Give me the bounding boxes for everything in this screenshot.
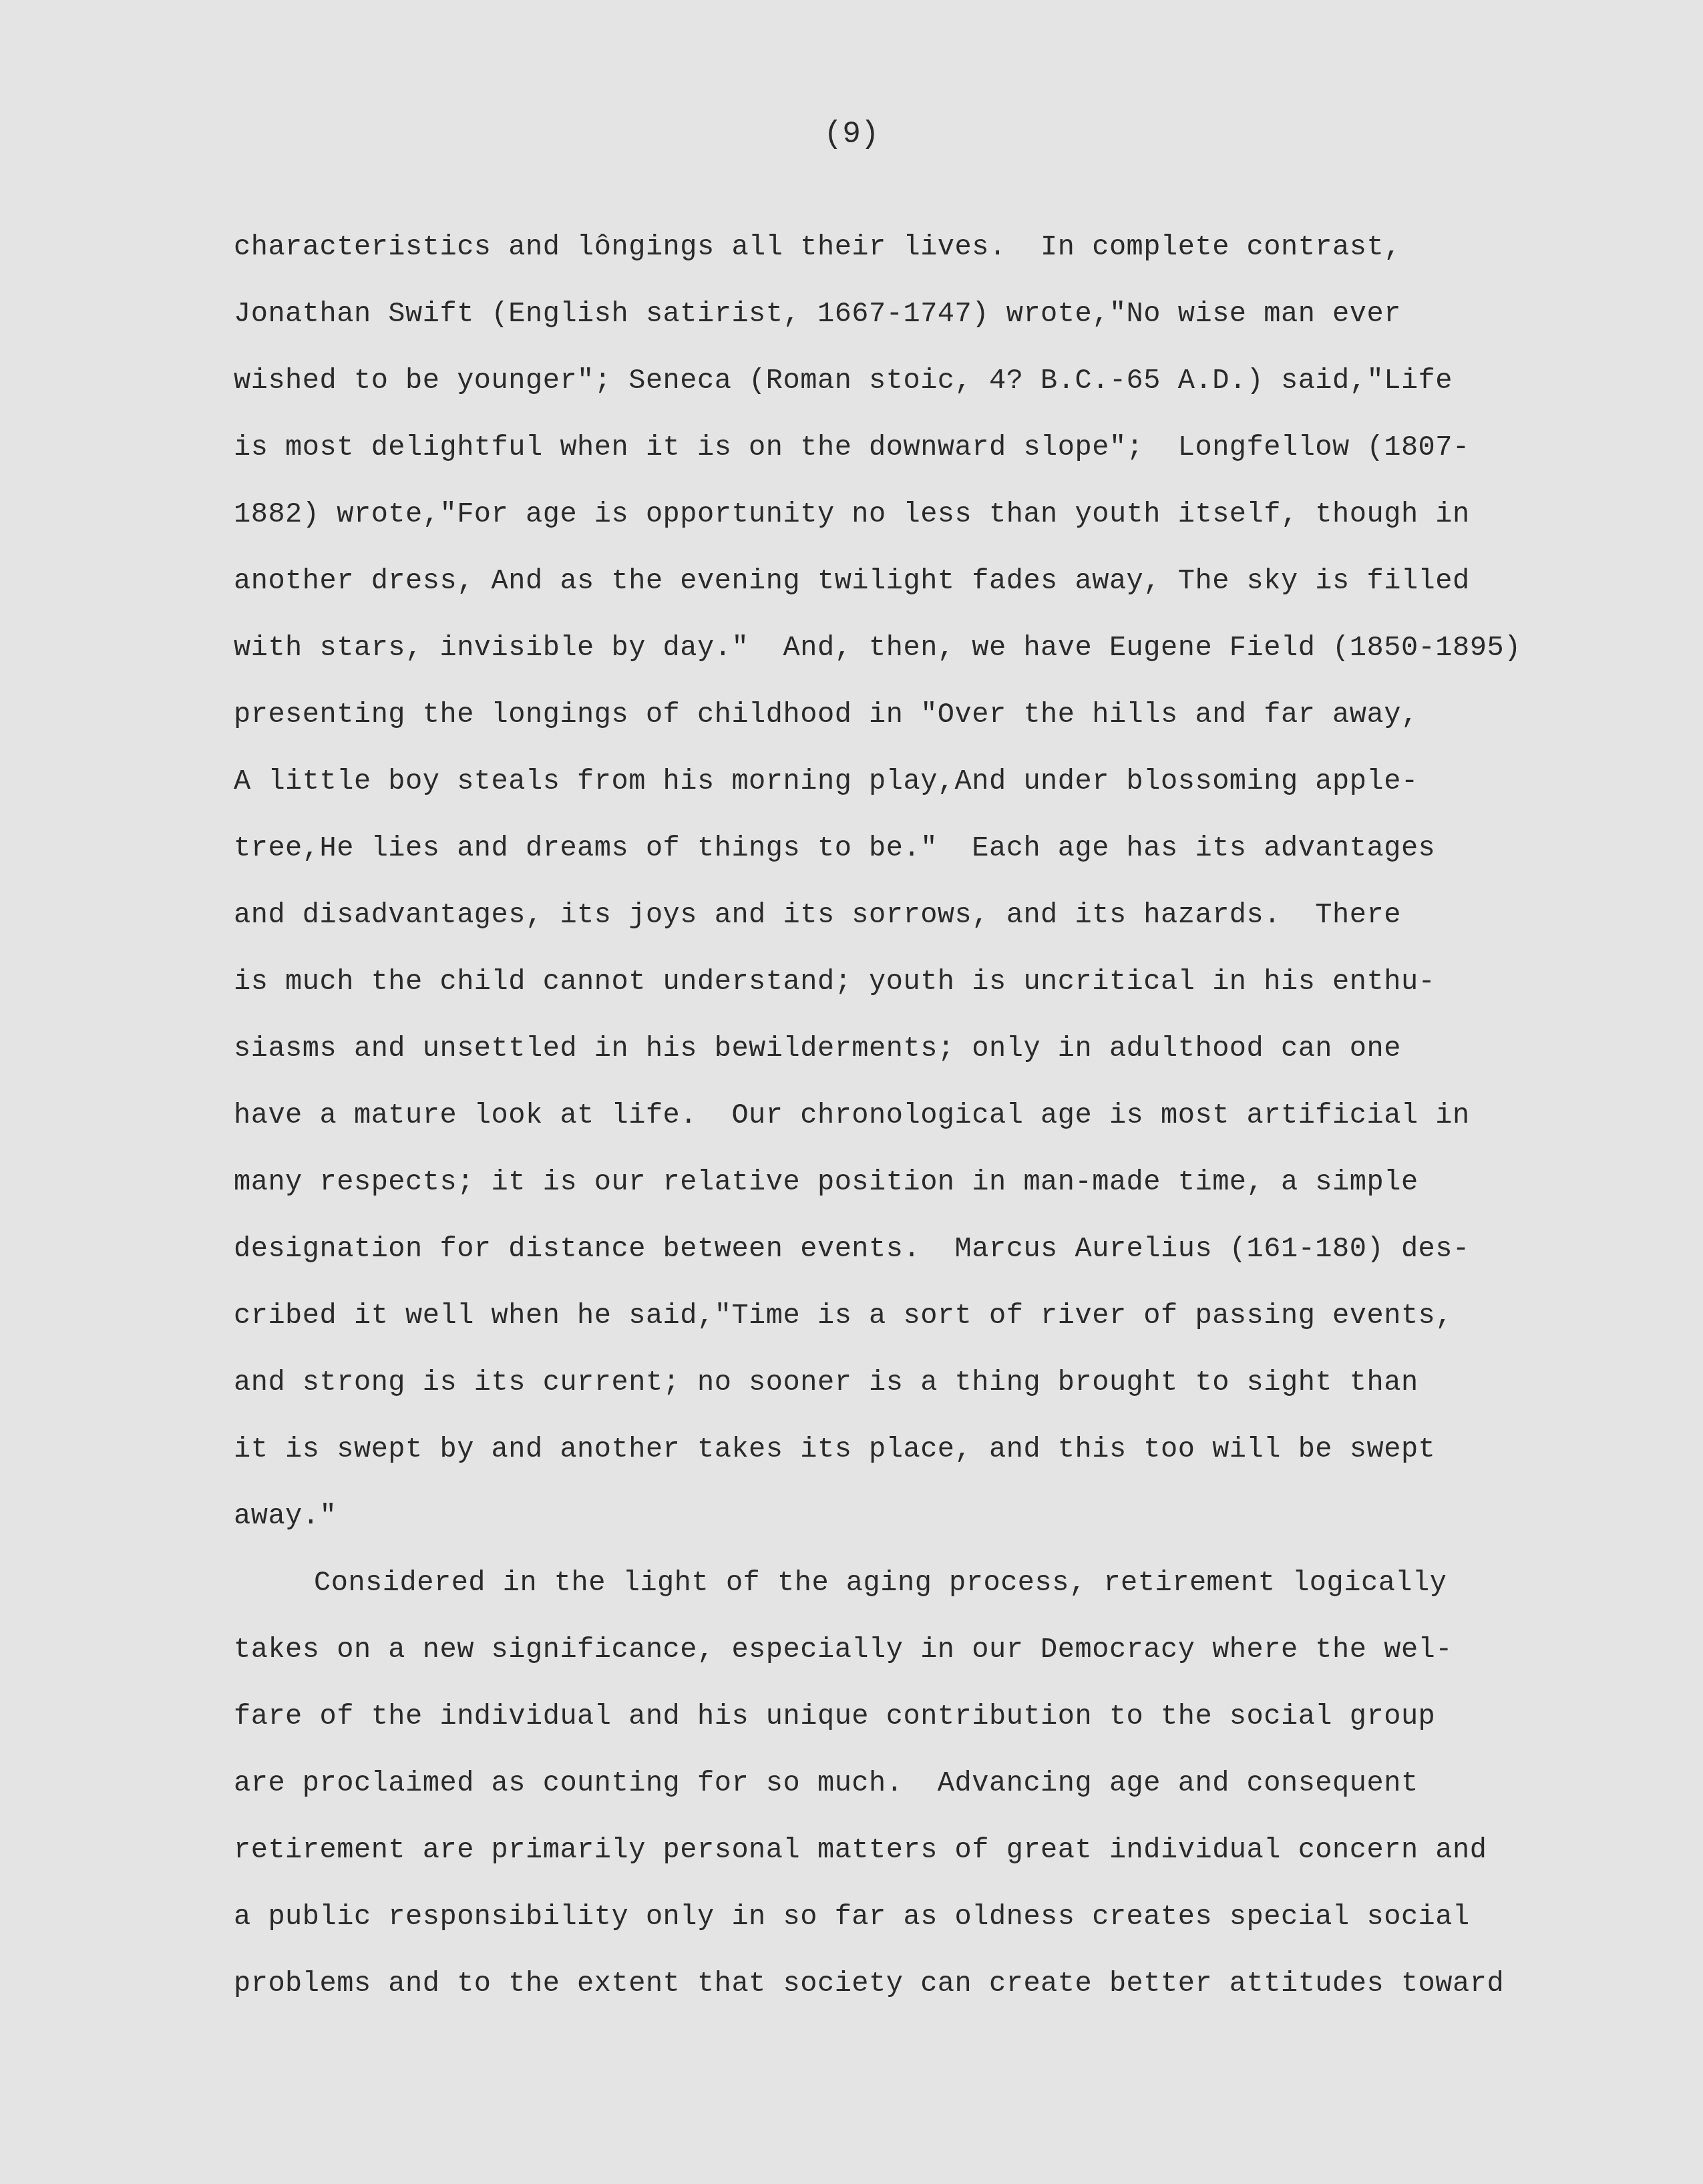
text-line: designation for distance between events.…	[234, 1216, 1503, 1282]
text-line: and disadvantages, its joys and its sorr…	[234, 882, 1503, 948]
text-line: it is swept by and another takes its pla…	[234, 1416, 1503, 1483]
text-line: Jonathan Swift (English satirist, 1667-1…	[234, 281, 1503, 347]
text-line: away."	[234, 1483, 1503, 1550]
paragraph: characteristics and lôngings all their l…	[234, 214, 1503, 1550]
paragraph: Considered in the light of the aging pro…	[234, 1550, 1503, 2017]
text-line: retirement are primarily personal matter…	[234, 1817, 1503, 1883]
text-line: have a mature look at life. Our chronolo…	[234, 1082, 1503, 1149]
text-line: 1882) wrote,"For age is opportunity no l…	[234, 481, 1503, 548]
text-line: is most delightful when it is on the dow…	[234, 414, 1503, 481]
text-line: wished to be younger"; Seneca (Roman sto…	[234, 347, 1503, 414]
text-line: A little boy steals from his morning pla…	[234, 748, 1503, 815]
text-line: is much the child cannot understand; you…	[234, 948, 1503, 1015]
text-line: and strong is its current; no sooner is …	[234, 1349, 1503, 1416]
page-number: (9)	[0, 117, 1703, 152]
text-line: cribed it well when he said,"Time is a s…	[234, 1282, 1503, 1349]
text-line: another dress, And as the evening twilig…	[234, 548, 1503, 614]
text-line: with stars, invisible by day." And, then…	[234, 614, 1503, 681]
text-line: tree,He lies and dreams of things to be.…	[234, 815, 1503, 882]
text-line: problems and to the extent that society …	[234, 1950, 1503, 2017]
text-line: fare of the individual and his unique co…	[234, 1683, 1503, 1750]
text-line: many respects; it is our relative positi…	[234, 1149, 1503, 1216]
text-line: characteristics and lôngings all their l…	[234, 214, 1503, 281]
text-line: siasms and unsettled in his bewilderment…	[234, 1015, 1503, 1082]
text-line: are proclaimed as counting for so much. …	[234, 1750, 1503, 1817]
text-line: Considered in the light of the aging pro…	[234, 1550, 1503, 1616]
text-line: takes on a new significance, especially …	[234, 1616, 1503, 1683]
text-line: a public responsibility only in so far a…	[234, 1883, 1503, 1950]
text-line: presenting the longings of childhood in …	[234, 681, 1503, 748]
body-text: characteristics and lôngings all their l…	[234, 214, 1503, 2017]
